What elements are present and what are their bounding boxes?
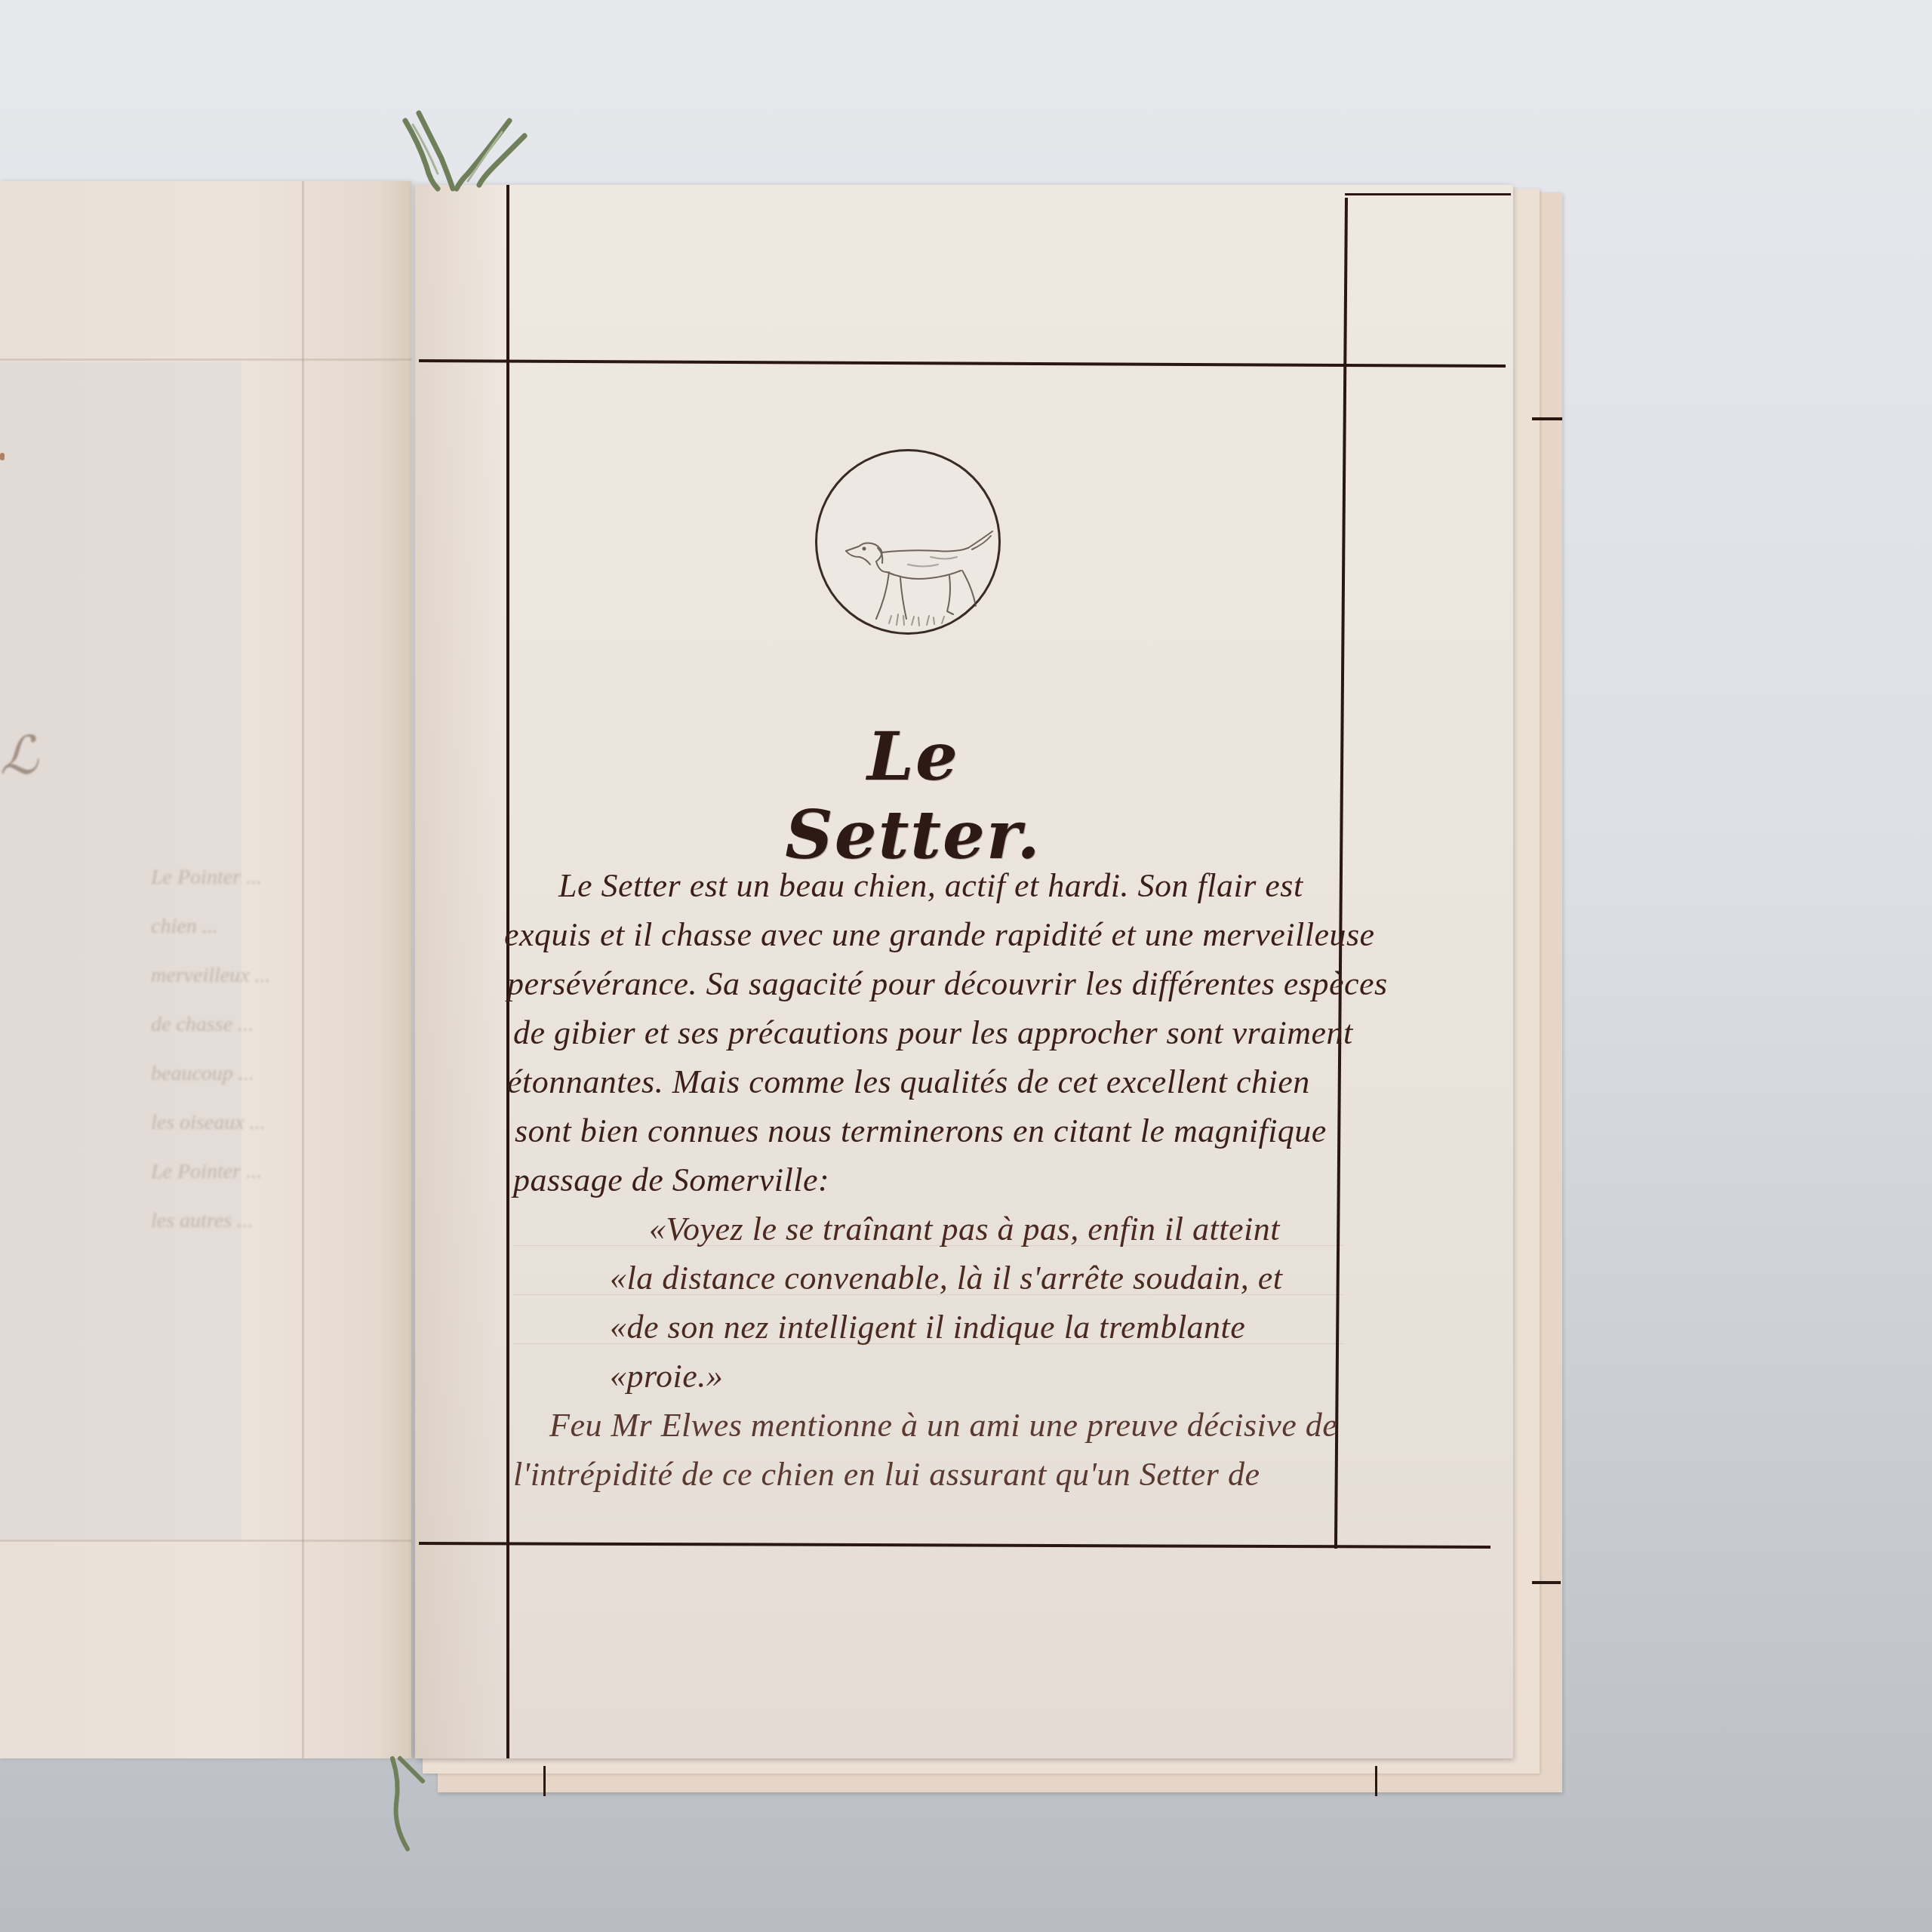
quote-line: «la distance convenable, là il s'arrête …	[610, 1259, 1283, 1297]
binding-thread-bottom	[377, 1751, 438, 1857]
back-sheet-rule-tick	[543, 1766, 546, 1796]
left-page-fold-bottom	[0, 1540, 411, 1542]
text-line: étonnantes. Mais comme les qualités de c…	[507, 1063, 1310, 1101]
quote-line: «proie.»	[610, 1357, 723, 1395]
left-page-ink-mark	[0, 453, 5, 460]
text-line: Feu Mr Elwes mentionne à un ami une preu…	[549, 1406, 1337, 1444]
back-sheet-rule-tick	[1532, 417, 1562, 420]
quote-line: «Voyez le se traînant pas à pas, enfin i…	[649, 1210, 1280, 1248]
left-page-ghost-title: ℒ	[0, 724, 38, 786]
setter-dog-icon	[817, 451, 998, 632]
back-sheet-rule-tick	[1375, 1766, 1377, 1796]
text-line: Le Setter est un beau chien, actif et ha…	[558, 866, 1303, 905]
left-page-fold-top	[0, 358, 411, 361]
text-line: l'intrépidité de ce chien en lui assuran…	[513, 1455, 1260, 1494]
quote-line: «de son nez intelligent il indique la tr…	[610, 1308, 1245, 1346]
back-sheet-rule-tick	[1532, 1581, 1561, 1584]
page-gutter-shadow	[415, 185, 506, 1758]
setter-dog-medallion	[815, 449, 1001, 635]
text-line: exquis et il chasse avec une grande rapi…	[504, 915, 1375, 954]
left-page-bleed-through-text: Le Pointer ... chien ... merveilleux ...…	[151, 853, 392, 1245]
text-line: persévérance. Sa sagacité pour découvrir…	[507, 964, 1388, 1003]
text-line: de gibier et ses précautions pour les ap…	[513, 1014, 1353, 1052]
page-title: Le Setter.	[755, 717, 1072, 874]
frame-rule-top-edge	[1345, 193, 1511, 195]
text-line: sont bien connues nous terminerons en ci…	[515, 1112, 1327, 1150]
text-line: passage de Somerville:	[513, 1161, 829, 1199]
binding-thread-top	[396, 106, 532, 204]
